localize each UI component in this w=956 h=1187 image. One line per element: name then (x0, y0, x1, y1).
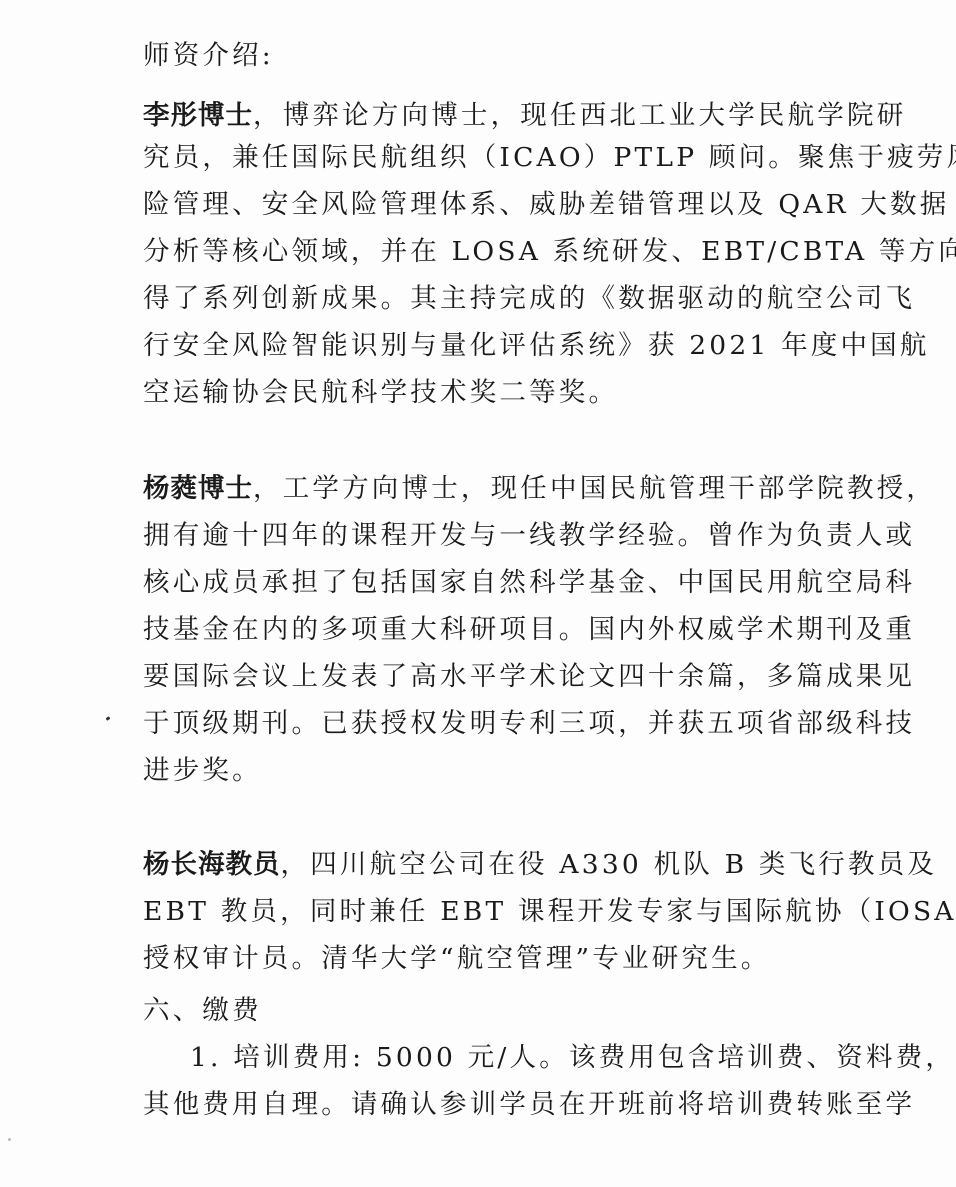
bio-line: 杨蕤博士，工学方向博士，现任中国民航管理干部学院教授， (143, 471, 936, 507)
instructor-name: 杨长海教员 (143, 849, 281, 880)
instructor-name: 杨蕤博士 (143, 473, 253, 504)
bio-line: 险管理、安全风险管理体系、威胁差错管理以及 QAR 大数据 (143, 187, 949, 223)
bio-line: 杨长海教员，四川航空公司在役 A330 机队 B 类飞行教员及 (143, 847, 937, 883)
bio-line: 技基金在内的多项重大科研项目。国内外权威学术期刊及重 (143, 612, 915, 648)
bio-line: 拥有逾十四年的课程开发与一线教学经验。曾作为负责人或 (143, 518, 915, 554)
bio-line: 行安全风险智能识别与量化评估系统》获 2021 年度中国航 (143, 328, 930, 364)
instructor-name: 李彤博士 (143, 100, 253, 131)
bio-line: 究员，兼任国际民航组织（ICAO）PTLP 顾问。聚焦于疲劳风 (143, 140, 956, 176)
document-page: 师资介绍: 李彤博士，博弈论方向博士，现任西北工业大学民航学院研 究员，兼任国际… (0, 0, 956, 1187)
bio-line: 于顶级期刊。已获授权发明专利三项，并获五项省部级科技 (143, 706, 915, 742)
scan-speck (106, 716, 111, 721)
fees-heading: 六、缴费 (143, 993, 262, 1029)
bio-line: 要国际会议上发表了高水平学术论文四十余篇，多篇成果见 (143, 659, 915, 695)
scan-speck (8, 1138, 11, 1141)
bio-line: EBT 教员，同时兼任 EBT 课程开发专家与国际航协（IOSA） (143, 894, 956, 930)
section-title: 师资介绍: (143, 38, 274, 74)
bio-line: 空运输协会民航科学技术奖二等奖。 (143, 375, 618, 411)
bio-line: 进步奖。 (143, 753, 262, 789)
bio-line: 核心成员承担了包括国家自然科学基金、中国民用航空局科 (143, 565, 915, 601)
bio-line: 授权审计员。清华大学“航空管理”专业研究生。 (143, 941, 771, 977)
fees-line: 1. 培训费用: 5000 元/人。该费用包含培训费、资料费， (190, 1040, 955, 1076)
bio-line: 李彤博士，博弈论方向博士，现任西北工业大学民航学院研 (143, 98, 906, 134)
bio-line: 得了系列创新成果。其主持完成的《数据驱动的航空公司飞 (143, 281, 915, 317)
bio-line: 分析等核心领域，并在 LOSA 系统研发、EBT/CBTA 等方向取 (143, 234, 956, 270)
fees-line: 其他费用自理。请确认参训学员在开班前将培训费转账至学 (143, 1087, 915, 1123)
